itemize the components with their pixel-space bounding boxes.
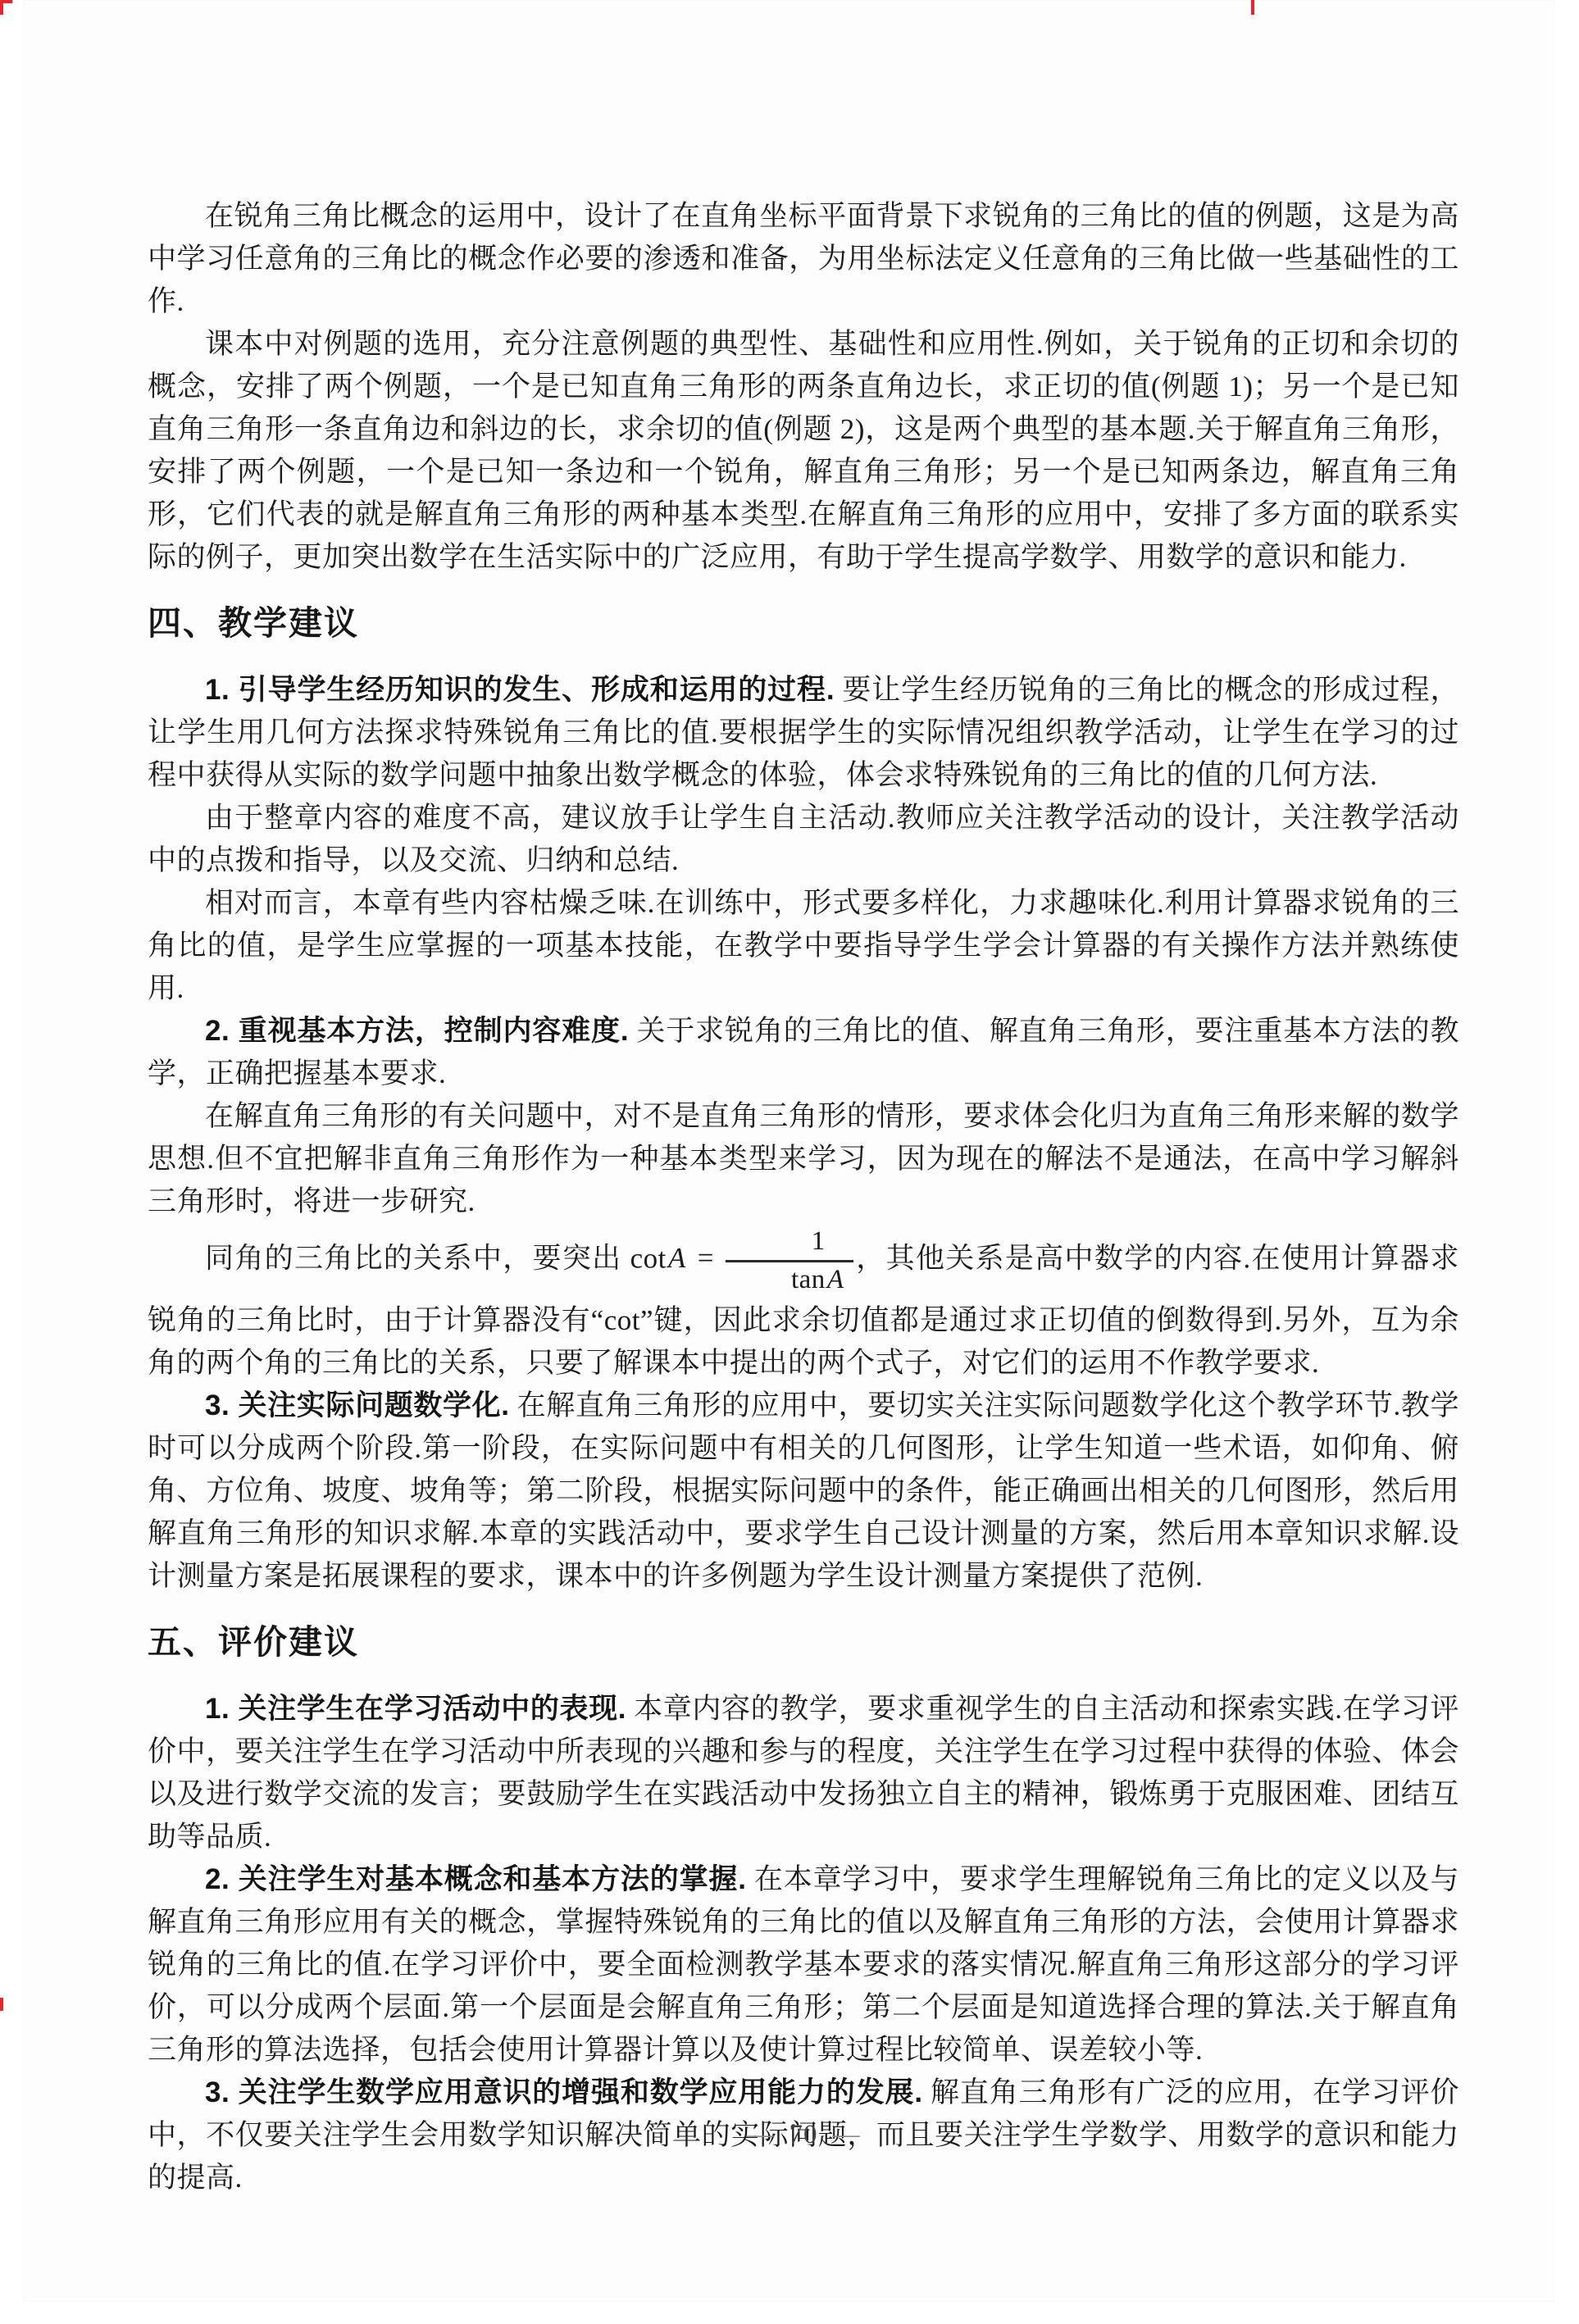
- paragraph-right-triangle-reduction: 在解直角三角形的有关问题中，对不是直角三角形的情形，要求体会化归为直角三角形来解…: [148, 1095, 1459, 1223]
- scanned-document-page: { "colors": { "scan_mark_red": "#e8262d"…: [0, 0, 1579, 2324]
- footer-dash-left: —: [732, 2120, 789, 2149]
- formula-fraction-1-over-tanA: 1tanA: [726, 1226, 854, 1296]
- fraction-numerator: 1: [726, 1226, 854, 1260]
- paragraph-suggestion-2: 2. 重视基本方法，控制内容难度.关于求锐角的三角比的值、解直角三角形，要注重基…: [148, 1010, 1459, 1095]
- formula-前-text: 同角的三角比的关系中，要突出 cot: [205, 1242, 667, 1274]
- page-number: 70: [789, 2120, 818, 2149]
- fraction-denominator-tan: tan: [791, 1265, 826, 1294]
- paragraph-suggestion-1: 1. 引导学生经历知识的发生、形成和运用的过程.要让学生经历锐角的三角比的概念的…: [148, 669, 1459, 797]
- paragraph-cotangent-relation: 同角的三角比的关系中，要突出 cotA=1tanA，其他关系是高中数学的内容.在…: [148, 1223, 1459, 1385]
- bold-lead-suggestion-3: 3. 关注实际问题数学化.: [205, 1389, 509, 1421]
- scan-registration-mark-bottom-left: [0, 1998, 3, 2011]
- paragraph-suggestion-3: 3. 关注实际问题数学化.在解直角三角形的应用中，要切实关注实际问题数学化这个教…: [148, 1385, 1459, 1598]
- paragraph-training-variety: 相对而言，本章有些内容枯燥乏味.在训练中，形式要多样化，力求趣味化.利用计算器求…: [148, 882, 1459, 1010]
- footer-dash-right: —: [818, 2120, 876, 2149]
- page-content: 在锐角三角比概念的运用中，设计了在直角坐标平面背景下求锐角的三角比的值的例题，这…: [148, 195, 1459, 2199]
- bold-lead-evaluation-1: 1. 关注学生在学习活动中的表现.: [205, 1693, 626, 1725]
- paragraph-evaluation-2: 2. 关注学生对基本概念和基本方法的掌握.在本章学习中，要求学生理解锐角三角比的…: [148, 1858, 1459, 2072]
- section-heading-teaching-suggestions: 四、教学建议: [148, 600, 1459, 646]
- scan-registration-mark-top-left-vertical: [0, 2, 3, 15]
- page-footer: —70—: [148, 2120, 1459, 2150]
- section-heading-evaluation-suggestions: 五、评价建议: [148, 1619, 1459, 1665]
- paragraph-intro-application: 在锐角三角比概念的运用中，设计了在直角坐标平面背景下求锐角的三角比的值的例题，这…: [148, 195, 1459, 323]
- bold-lead-suggestion-2: 2. 重视基本方法，控制内容难度.: [205, 1015, 629, 1047]
- bold-lead-evaluation-2: 2. 关注学生对基本概念和基本方法的掌握.: [205, 1863, 747, 1895]
- paragraph-autonomous-activity: 由于整章内容的难度不高，建议放手让学生自主活动.教师应关注教学活动的设计，关注教…: [148, 797, 1459, 882]
- bold-lead-evaluation-3: 3. 关注学生数学应用意识的增强和数学应用能力的发展.: [205, 2076, 923, 2108]
- formula-equals-sign: =: [688, 1242, 724, 1274]
- scan-registration-mark-top-right: [1251, 0, 1254, 15]
- paragraph-example-selection: 课本中对例题的选用，充分注意例题的典型性、基础性和应用性.例如，关于锐角的正切和…: [148, 323, 1459, 579]
- fraction-denominator-variable-A: A: [826, 1265, 846, 1294]
- paragraph-evaluation-1: 1. 关注学生在学习活动中的表现.本章内容的教学，要求重视学生的自主活动和探索实…: [148, 1688, 1459, 1858]
- fraction-denominator: tanA: [726, 1260, 854, 1296]
- formula-variable-A: A: [667, 1242, 688, 1274]
- bold-lead-suggestion-1: 1. 引导学生经历知识的发生、形成和运用的过程.: [205, 674, 835, 706]
